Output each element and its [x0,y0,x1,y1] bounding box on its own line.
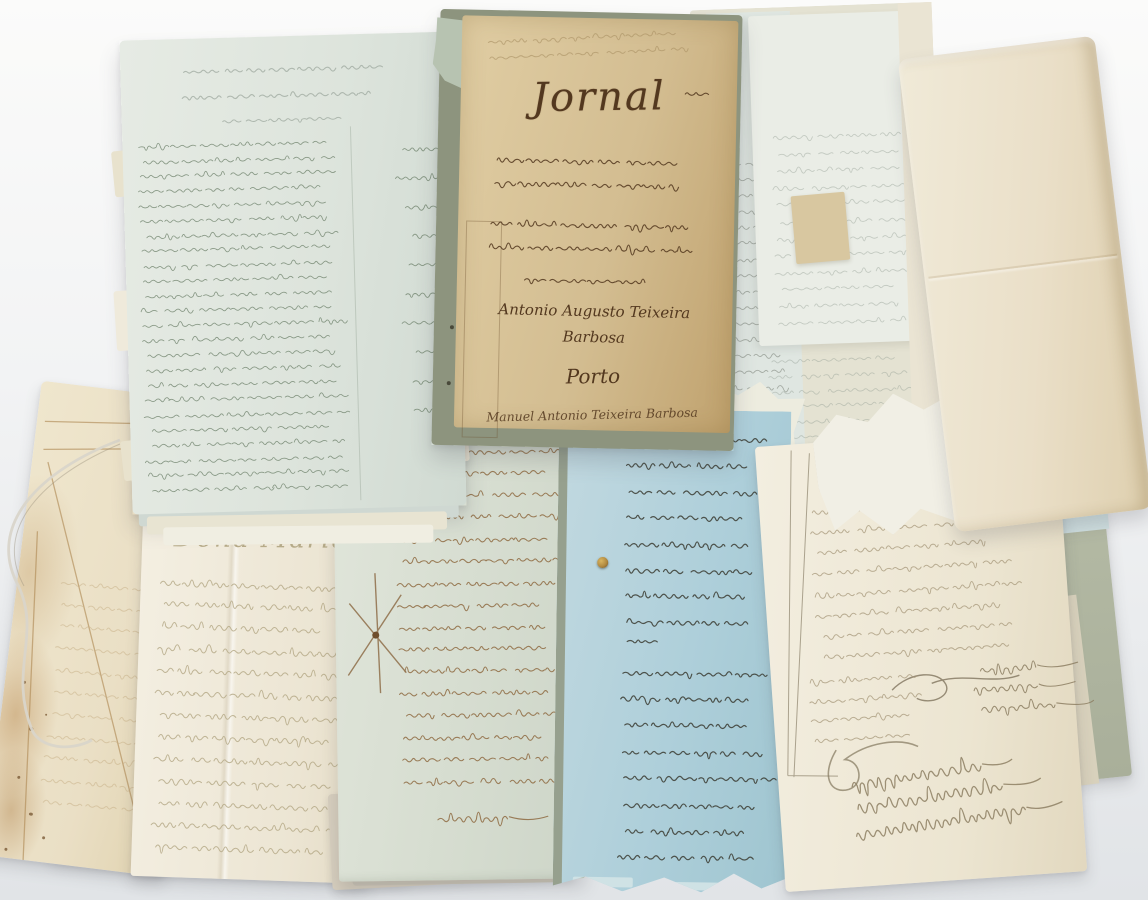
paper-patch [791,192,851,264]
stitch-dot [450,325,454,329]
place-name: Porto [455,362,731,390]
signature-cluster [966,650,1066,719]
jornal-cover: Jornal Antonio Augusto Teixeira Barbosa … [454,15,739,433]
title-annotation [675,84,717,105]
signature-line [428,805,520,830]
faint-handwriting [798,660,934,755]
ledger-entries [132,130,356,498]
blue-manuscript-document [553,408,792,893]
page-edges [163,525,433,546]
ledger-booklet [119,31,466,514]
cover-paragraph [483,208,694,266]
worn-edge-flake [673,882,753,891]
short-word [618,629,676,652]
ink-handwriting [613,653,780,873]
photo-of-antique-manuscripts: Dona Maria [0,0,1148,900]
fold-crease [928,254,1117,279]
archival-pencil-note [479,21,691,73]
ledger-subtitle [217,106,348,132]
brass-stud [597,557,608,568]
jornal-notebook: Jornal Antonio Augusto Teixeira Barbosa … [431,9,742,451]
cover-line [515,269,659,296]
ledger-page [119,31,466,514]
ledger-title [176,47,388,111]
stitch-dot [447,381,451,385]
cover-paragraph [489,144,690,204]
